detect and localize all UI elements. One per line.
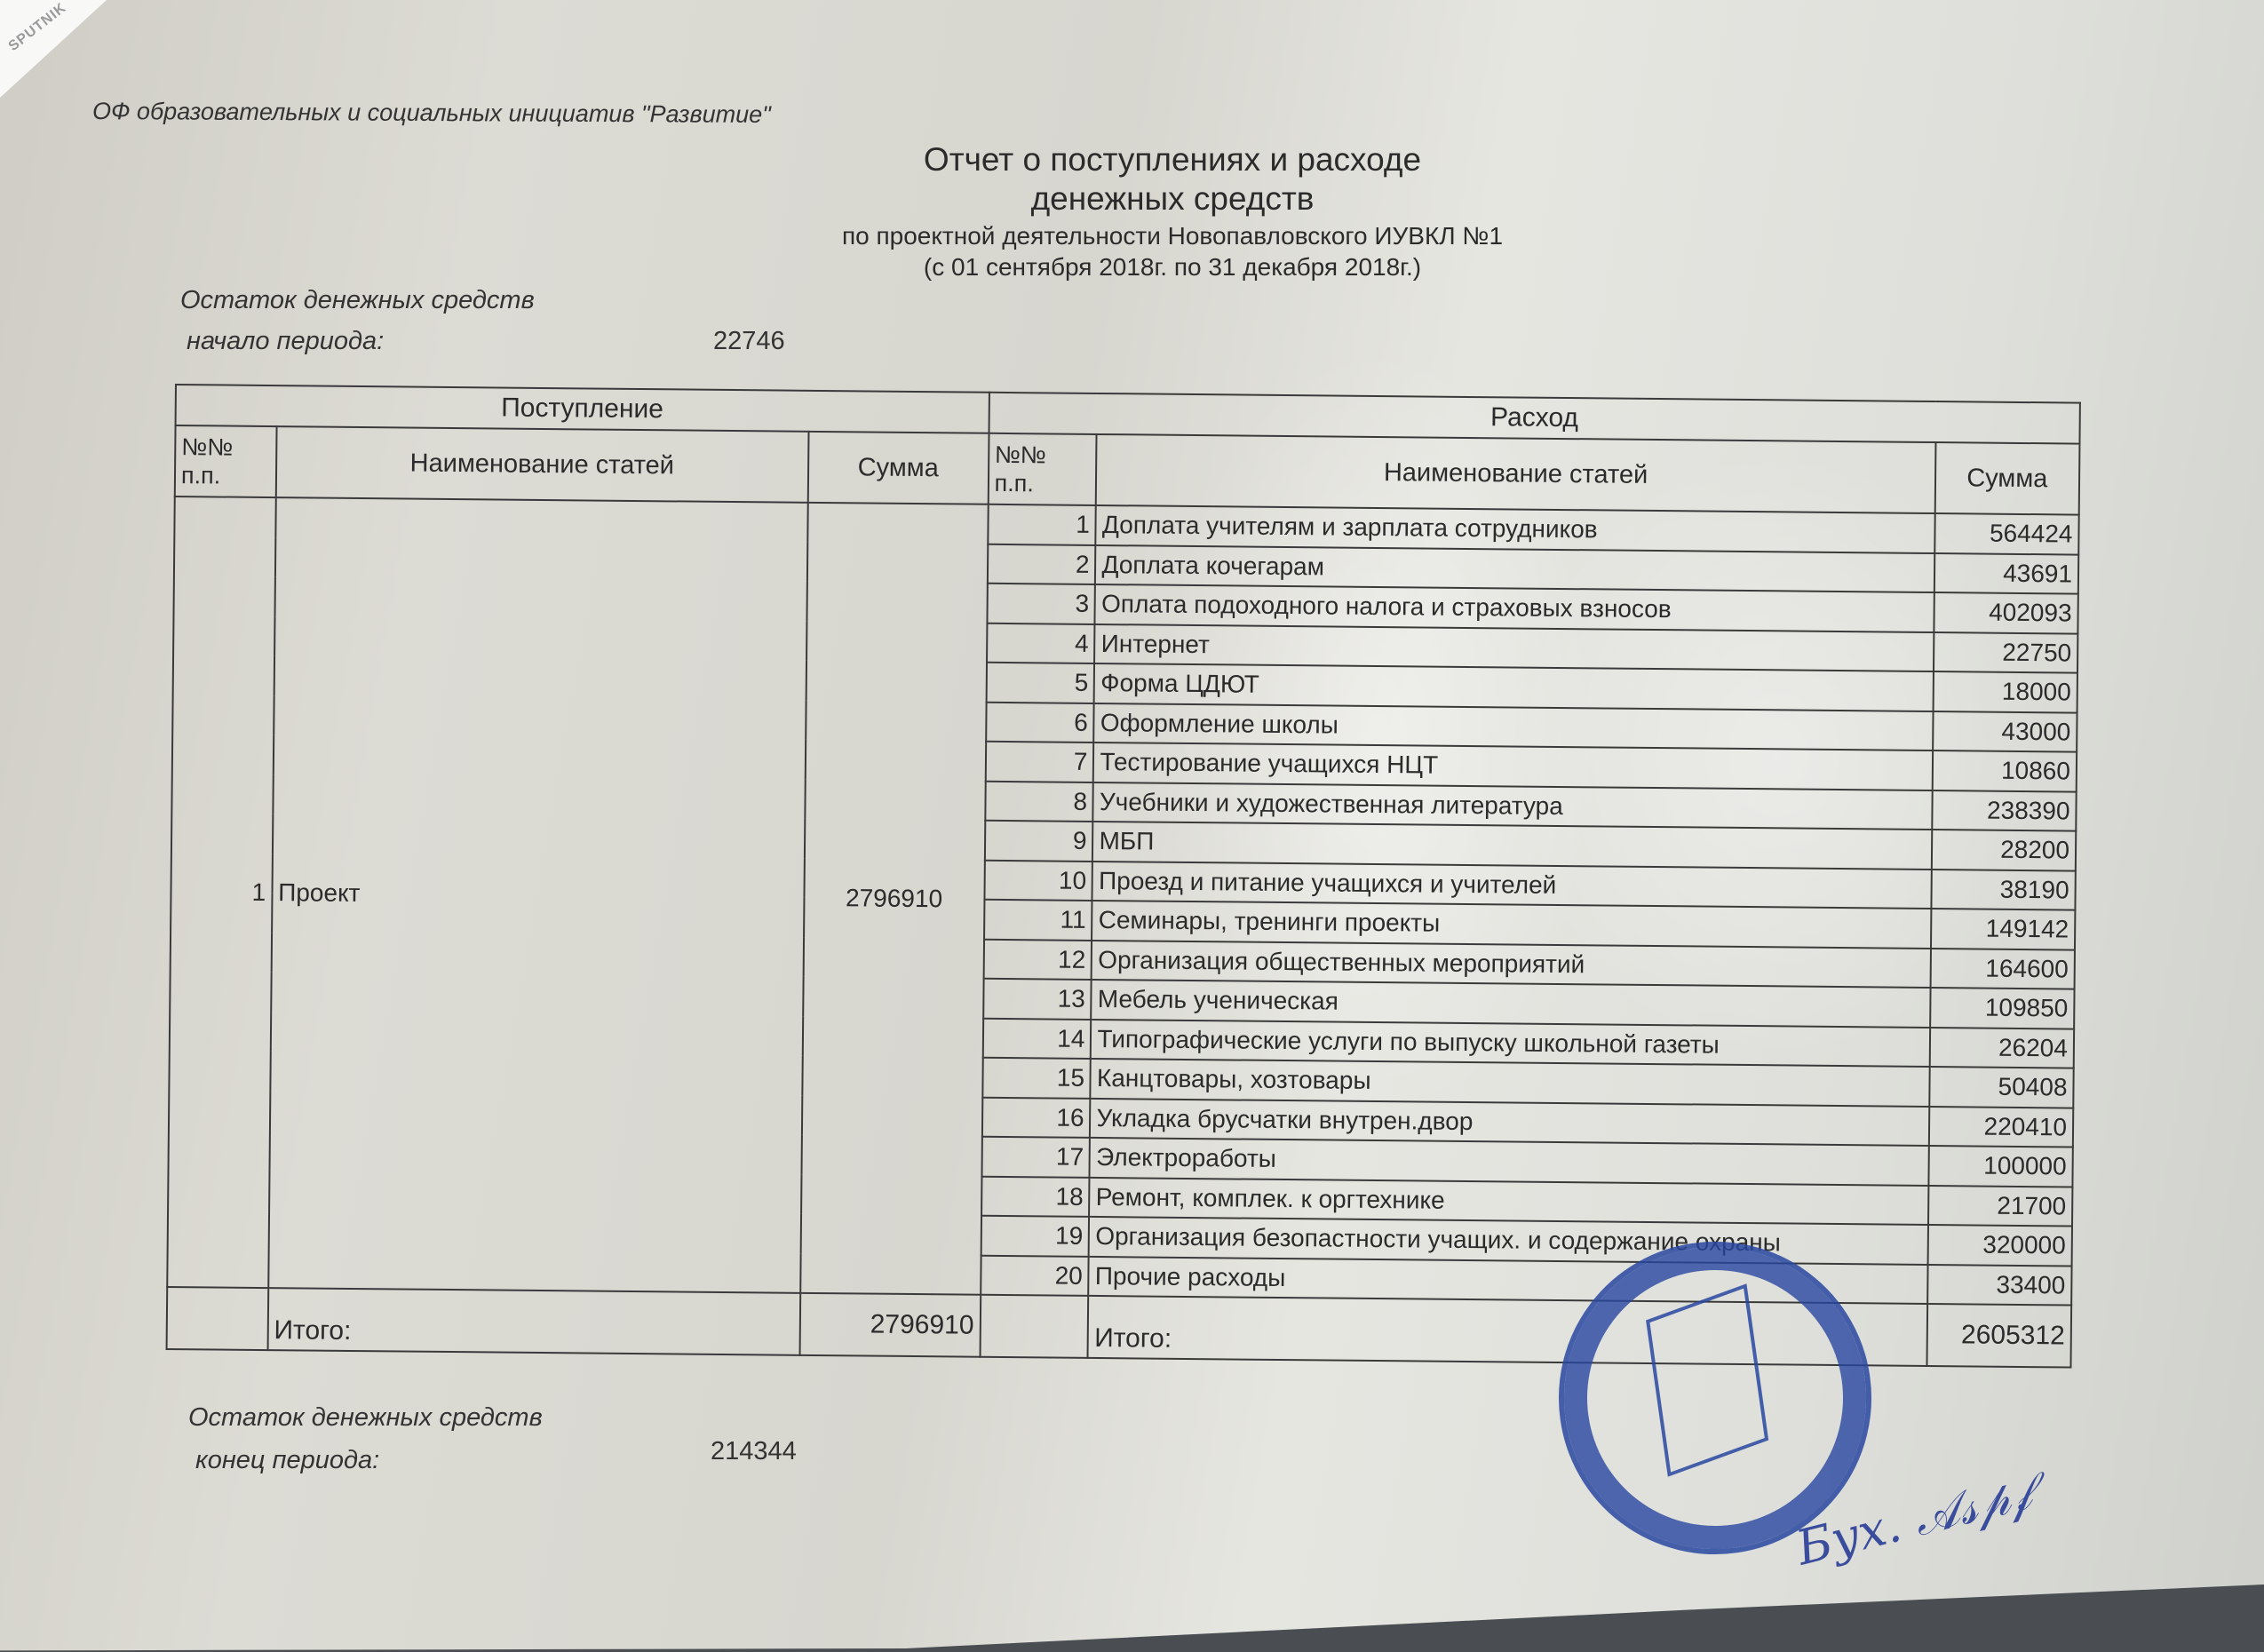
expense-row-number: 2 [988,544,1096,584]
income-col-amount: Сумма [807,432,989,504]
expense-row-number: 14 [982,1018,1091,1059]
closing-balance-value: 214344 [711,1437,797,1466]
opening-balance-value: 22746 [713,327,785,356]
closing-balance-label-1: Остаток денежных средств [188,1403,543,1433]
expense-row-number: 15 [982,1058,1091,1099]
expense-row-amount: 164600 [1930,949,2075,989]
title-line-1: Отчет о поступлениях и расходе [782,140,1563,179]
expense-row-amount: 21700 [1928,1185,2073,1226]
expense-row-number: 7 [985,742,1093,782]
expense-row-number: 5 [986,663,1094,703]
expense-row-number: 18 [981,1176,1090,1217]
expense-row-amount: 33400 [1927,1264,2072,1305]
expense-row-amount: 220410 [1928,1106,2073,1147]
income-row-number: 1 [167,496,275,1288]
expense-row-number: 20 [981,1255,1089,1296]
opening-balance-label-2: начало периода: [187,327,384,356]
expense-col-number: №№ п.п. [988,433,1097,505]
income-total-label: Итого: [267,1288,800,1355]
income-total-spacer [167,1287,268,1350]
expense-row-amount: 22750 [1934,632,2078,673]
expense-row-amount: 26204 [1929,1027,2074,1068]
expense-row-amount: 149142 [1931,909,2076,949]
expense-row-number: 16 [982,1097,1091,1138]
expense-row-amount: 564424 [1934,513,2079,554]
expense-row-number: 17 [981,1137,1090,1178]
expense-row-number: 10 [984,860,1092,901]
expense-row-number: 9 [985,821,1093,862]
opening-balance-label-1: Остаток денежных средств [180,286,535,315]
expense-col-name: Наименование статей [1096,434,1935,513]
organization-name: ОФ образовательных и социальных инициати… [92,98,771,129]
title-subject: по проектной деятельности Новопавловског… [782,220,1563,252]
expense-row-amount: 43691 [1934,553,2078,594]
report-table: Поступление Расход №№ п.п. Наименование … [166,384,2081,1369]
income-row-name: Проект [268,497,807,1293]
expense-row-number: 11 [984,900,1092,941]
expense-row-amount: 18000 [1933,671,2077,712]
expense-row-number: 13 [983,979,1092,1020]
expense-row-number: 8 [985,781,1093,822]
expense-row-amount: 320000 [1927,1225,2072,1266]
expense-row-number: 12 [983,939,1092,980]
expense-row-amount: 100000 [1928,1146,2073,1187]
expense-total: 2605312 [1926,1304,2071,1368]
expense-row-amount: 43000 [1933,711,2077,752]
expense-row-number: 6 [986,702,1094,743]
stamp-book-emblem-icon [1646,1283,1768,1477]
expense-col-amount: Сумма [1934,442,2079,515]
expense-row-amount: 28200 [1931,830,2076,870]
income-row-amount: 2796910 [800,503,989,1295]
expense-row-amount: 238390 [1932,790,2077,831]
expense-row-number: 3 [987,584,1095,624]
income-col-name: Наименование статей [275,426,808,503]
expense-row-number: 1 [988,504,1096,545]
title-period: (с 01 сентября 2018г. по 31 декабря 2018… [782,252,1563,282]
report-title: Отчет о поступлениях и расходе денежных … [782,140,1563,282]
closing-balance-label-2: конец периода: [195,1446,379,1475]
expense-row-amount: 38190 [1931,870,2076,910]
expense-total-spacer [980,1295,1088,1358]
income-col-number: №№ п.п. [175,425,276,497]
income-total: 2796910 [799,1293,981,1357]
expense-row-number: 4 [987,623,1095,663]
expense-row-amount: 10860 [1932,751,2077,791]
title-line-2: денежных средств [782,179,1563,218]
expense-row-amount: 109850 [1930,988,2075,1029]
expense-row-amount: 402093 [1934,592,2078,633]
expense-row-amount: 50408 [1929,1067,2074,1108]
expense-row-number: 19 [981,1216,1089,1257]
